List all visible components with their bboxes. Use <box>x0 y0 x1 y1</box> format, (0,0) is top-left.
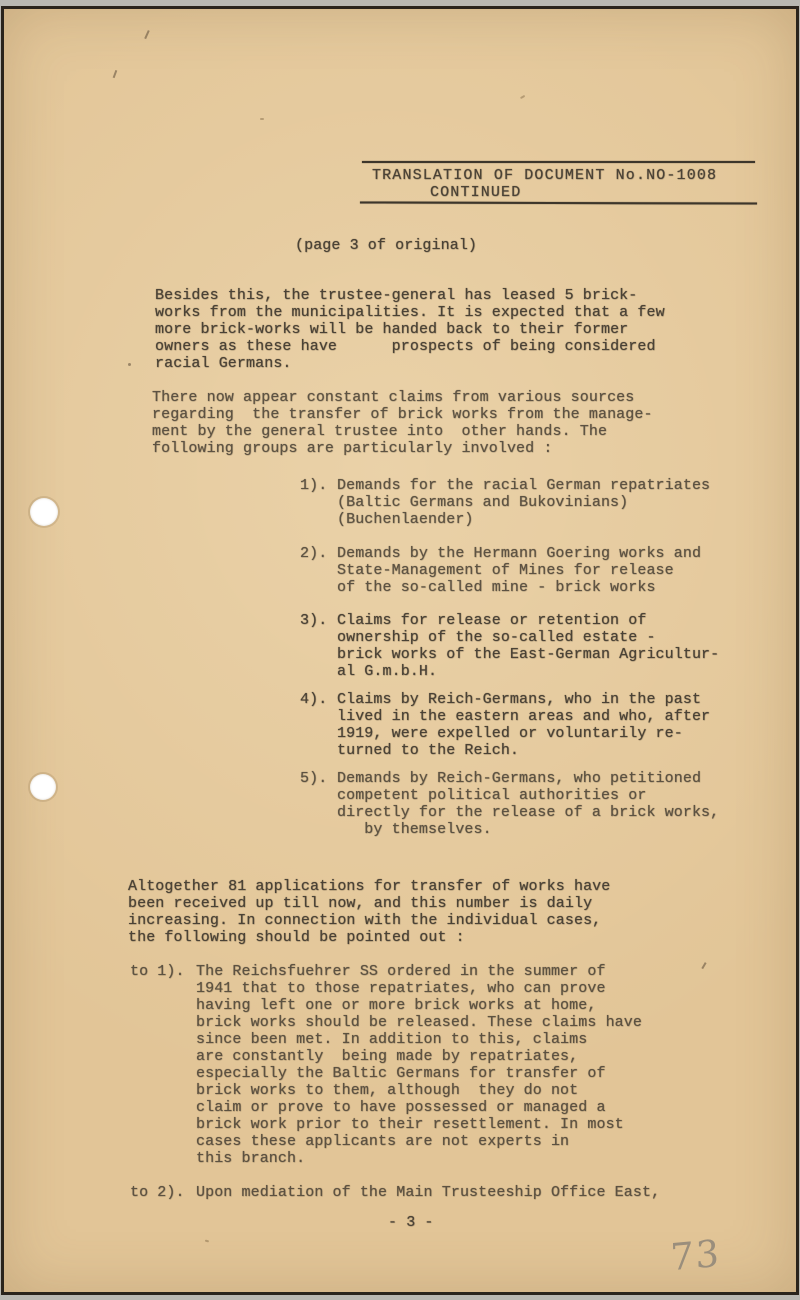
list-item-4-number: 4). <box>300 691 327 708</box>
header-title: TRANSLATION OF DOCUMENT No.NO-1008 <box>372 167 717 184</box>
paragraph-2: There now appear constant claims from va… <box>152 389 653 457</box>
paper-fiber-speck <box>260 118 264 120</box>
list-item-2-text: Demands by the Hermann Goering works and… <box>337 545 701 596</box>
list-item-5-number: 5). <box>300 770 327 787</box>
response-2-label: to 2). <box>130 1184 185 1201</box>
list-item-2-number: 2). <box>300 545 327 562</box>
list-item-1-number: 1). <box>300 477 327 494</box>
paragraph-3: Altogether 81 applications for transfer … <box>128 878 610 946</box>
list-item-1-text: Demands for the racial German repatriate… <box>337 477 710 528</box>
scan-stray-mark <box>128 363 131 366</box>
list-item-3-text: Claims for release or retention of owner… <box>337 612 719 680</box>
page-number: - 3 - <box>388 1214 434 1231</box>
response-1-label: to 1). <box>130 963 185 980</box>
response-1-text: The Reichsfuehrer SS ordered in the summ… <box>196 963 642 1167</box>
punch-hole-bottom <box>30 774 56 800</box>
list-item-5-text: Demands by Reich-Germans, who petitioned… <box>337 770 719 838</box>
page-note: (page 3 of original) <box>295 237 477 254</box>
header-continued: CONTINUED <box>430 184 521 201</box>
handwritten-page-mark: 73 <box>670 1232 722 1280</box>
list-item-3-number: 3). <box>300 612 327 629</box>
response-2-text: Upon mediation of the Main Trusteeship O… <box>196 1184 660 1201</box>
punch-hole-top <box>30 498 58 526</box>
scanned-document-page: TRANSLATION OF DOCUMENT No.NO-1008 CONTI… <box>0 0 800 1300</box>
list-item-4-text: Claims by Reich-Germans, who in the past… <box>337 691 710 759</box>
header-rule-top <box>362 161 755 163</box>
paragraph-1: Besides this, the trustee-general has le… <box>155 287 665 372</box>
